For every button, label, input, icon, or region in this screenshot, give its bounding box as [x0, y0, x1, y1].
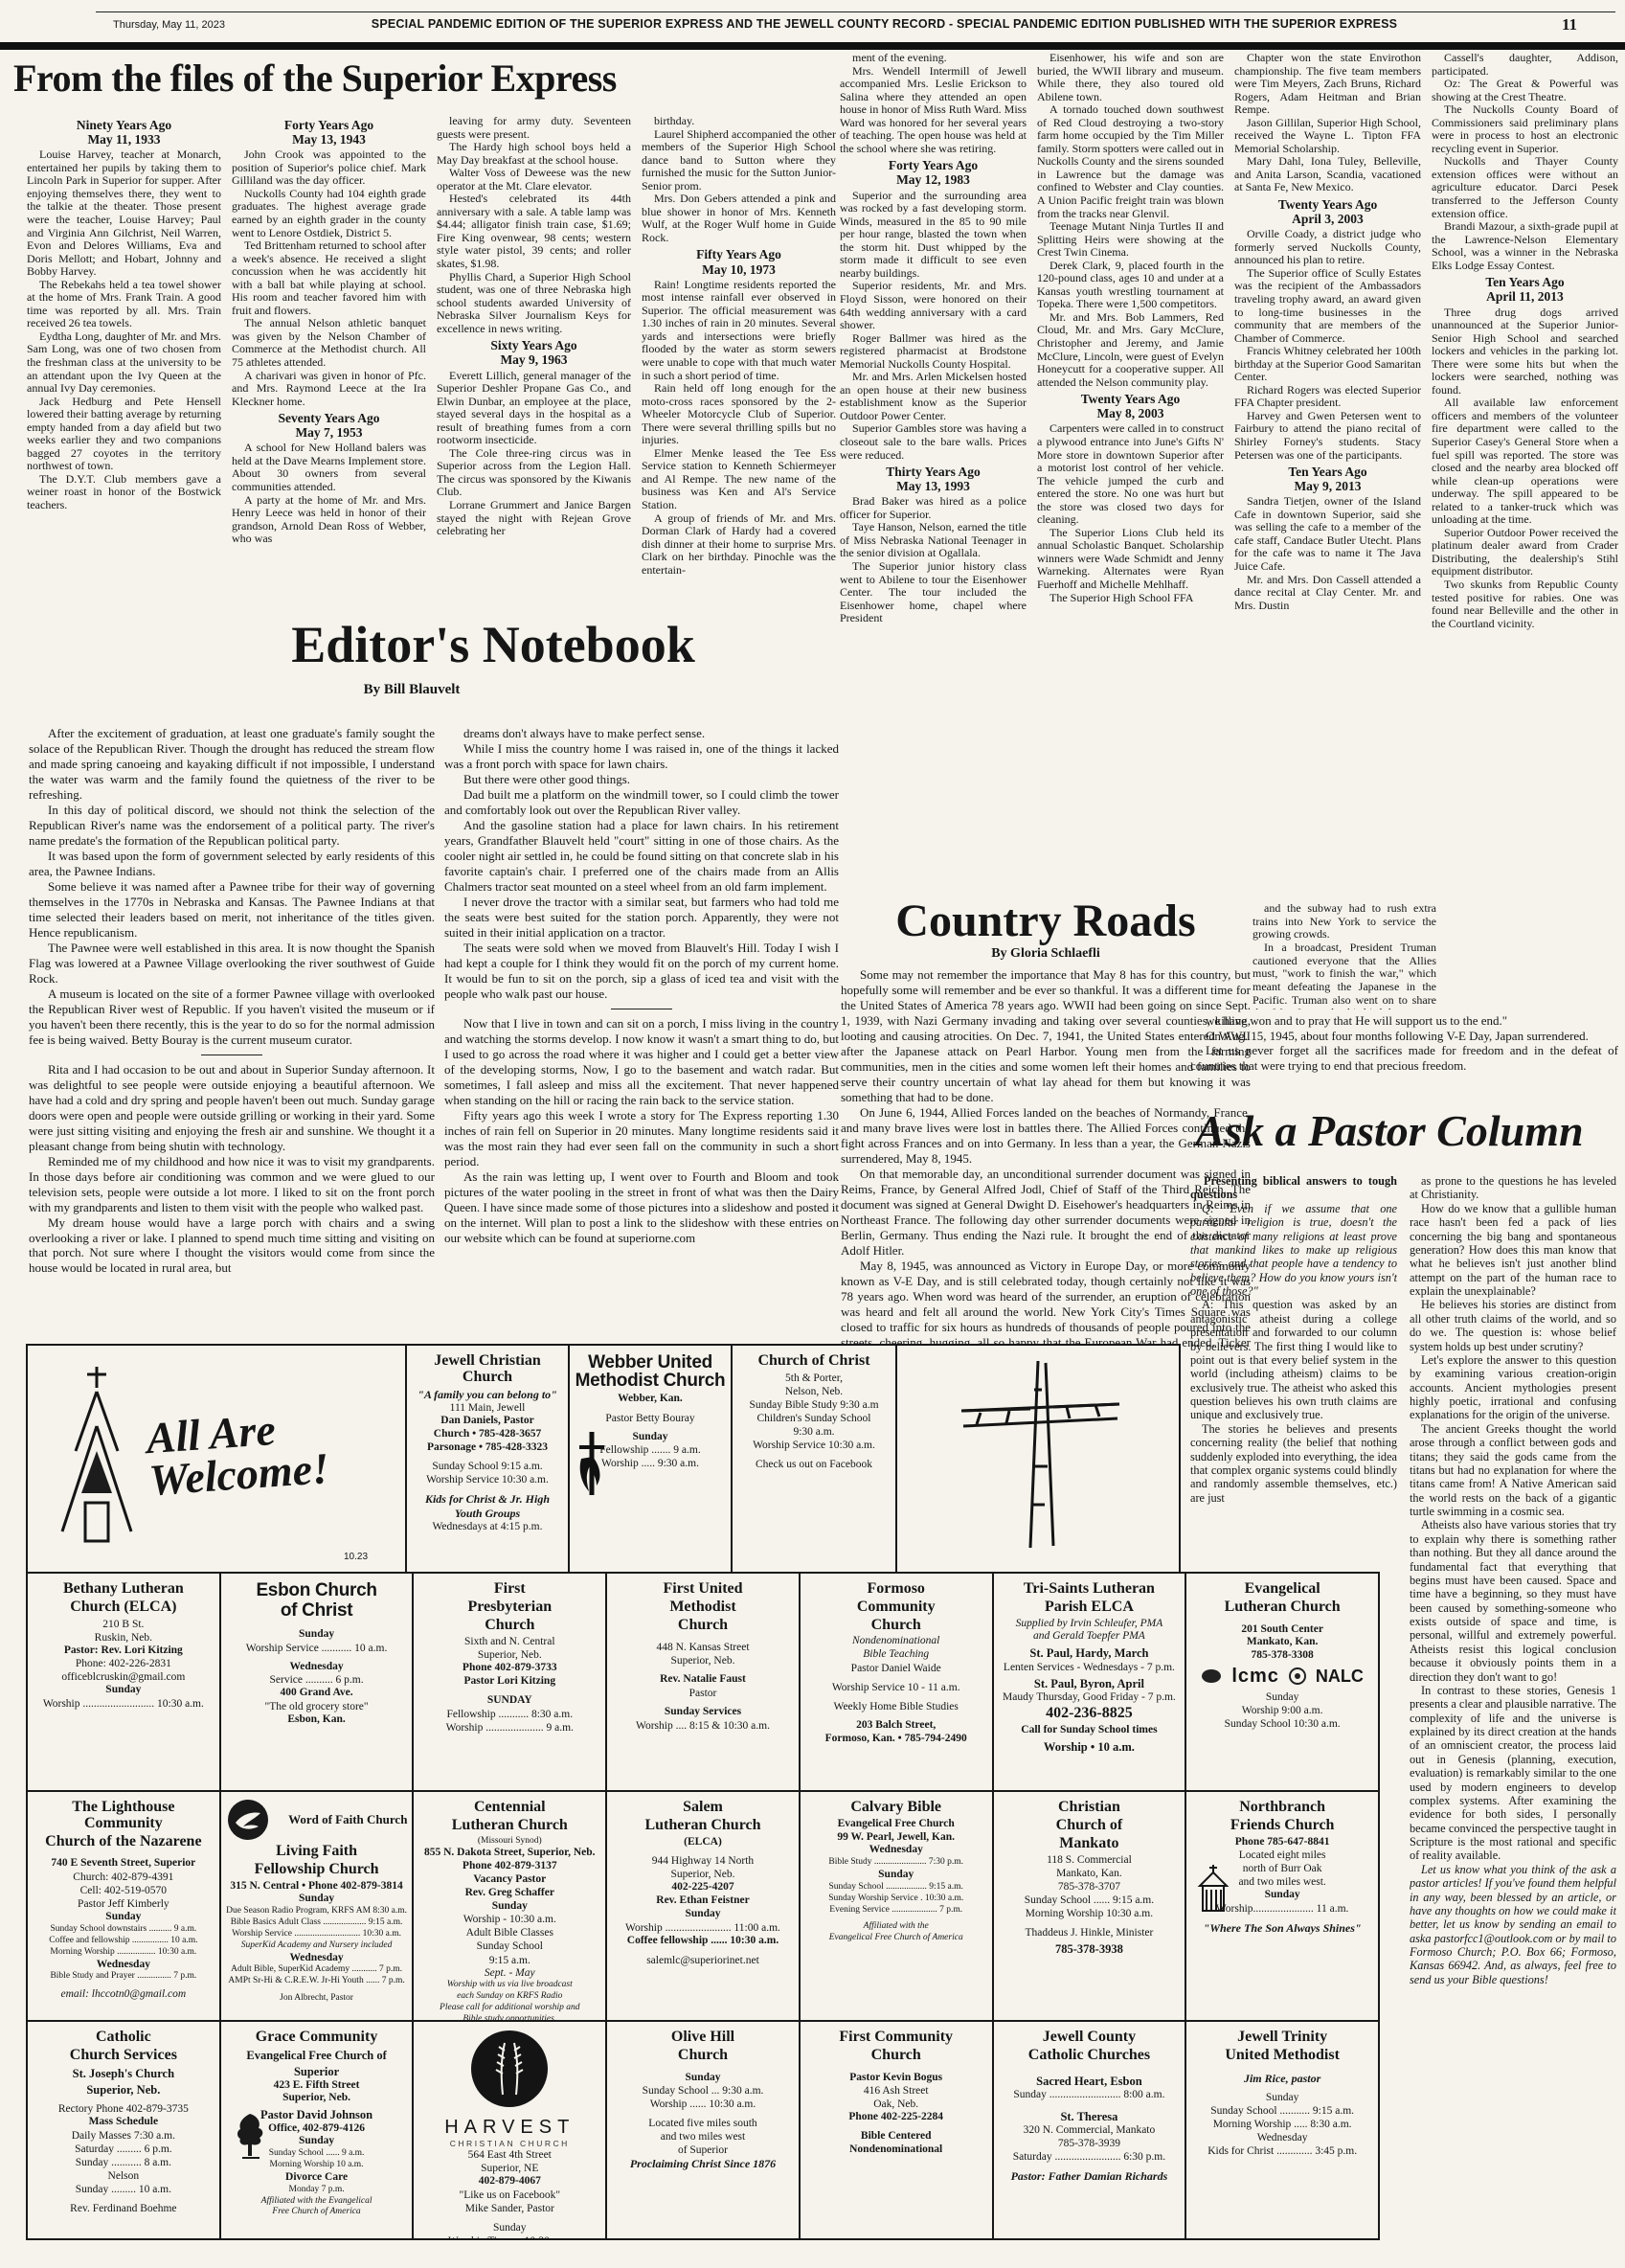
page-header: Thursday, May 11, 2023 SPECIAL PANDEMIC …	[0, 15, 1625, 40]
paragraph: A museum is located on the site of a for…	[29, 987, 435, 1048]
ad-line: 201 South Center	[1191, 1623, 1373, 1637]
ad-line: 315 N. Central • Phone 402-879-3814	[226, 1880, 408, 1894]
ad-line: Morning Worship 10:30 a.m.	[999, 1907, 1181, 1920]
ad-line: Phone: 402-226-2831	[33, 1657, 214, 1670]
ad-headline: Evangelical	[1191, 1581, 1373, 1598]
ad-line: (Missouri Synod)	[418, 1836, 600, 1848]
ad-line: Monday 7 p.m.	[226, 2185, 408, 2196]
paragraph: Ted Brittenham returned to school after …	[232, 239, 426, 317]
paragraph: Rain held off long enough for the moto-c…	[642, 382, 836, 447]
ad-headline: Northbranch	[1191, 1800, 1373, 1816]
ad-line: AMPt Sr-Hi & C.R.E.W. Jr-Hi Youth ......…	[226, 1976, 408, 1987]
ad-headline: Salem	[612, 1800, 794, 1816]
ad-line: 320 N. Commercial, Mankato	[999, 2123, 1181, 2137]
ad-harvest-christian: HARVEST CHRISTIAN CHURCH 564 East 4th St…	[412, 2020, 607, 2240]
ad-line: Sunday	[805, 1869, 987, 1882]
ad-line: Worship • 10 a.m.	[999, 1740, 1181, 1754]
ad-line: Pastor: Father Damian Richards	[999, 2169, 1181, 2183]
ad-headline: Presbyterian	[418, 1599, 600, 1616]
paragraph: Fifty years ago this week I wrote a stor…	[444, 1108, 839, 1169]
ad-headline: Webber United Methodist Church	[575, 1353, 726, 1391]
ad-line: Bible Study and Prayer ............... 7…	[33, 1971, 214, 1983]
ad-line: Coffee and fellowship ................ 1…	[33, 1936, 214, 1947]
column-heading: Sixty Years Ago	[437, 335, 631, 352]
paragraph: Three drug dogs arrived unannounced at t…	[1432, 306, 1618, 397]
paragraph: Derek Clark, 9, placed fourth in the 120…	[1037, 260, 1224, 311]
ad-line: Located five miles south	[612, 2117, 794, 2130]
ad-line: Sunday	[1191, 1690, 1373, 1704]
country-roads-continuation: and the subway had to rush extra trains …	[1253, 902, 1436, 1009]
ad-line: Free Church of America	[226, 2207, 408, 2218]
ad-headline: Church	[612, 1618, 794, 1634]
ad-headline: Catholic Churches	[999, 2048, 1181, 2064]
ad-evangelical-lutheran: EvangelicalLutheran Church201 South Cent…	[1185, 1572, 1380, 1792]
paragraph: John Crook was appointed to the position…	[232, 148, 426, 188]
news-column: Chapter won the state Envirothon champio…	[1234, 52, 1421, 612]
paragraph: The annual Nelson athletic banquet was g…	[232, 317, 426, 369]
country-roads-continuation-wide: we have won and to pray that He will sup…	[1190, 1013, 1618, 1105]
paragraph: And the gasoline station had a place for…	[444, 818, 839, 895]
editors-notebook-headline: Editor's Notebook	[144, 619, 843, 670]
ad-line: Worship ........................ 11:00 a…	[612, 1921, 794, 1935]
paragraph: The Cole three-ring circus was in Superi…	[437, 447, 631, 499]
ad-text: EvangelicalLutheran Church201 South Cent…	[1191, 1581, 1373, 1663]
ad-line: Sunday	[612, 1908, 794, 1921]
church-ads-row1: All Are Welcome! 10.23 Jewell Christian …	[27, 1345, 1180, 1573]
ad-line: Vacancy Pastor	[418, 1873, 600, 1887]
paragraph: The Pawnee were well established in this…	[29, 941, 435, 987]
tree-icon	[229, 2110, 271, 2160]
ad-headline: Church	[418, 1618, 600, 1634]
ad-headline: Methodist	[612, 1599, 794, 1616]
ad-line: Worship - 10:30 a.m.	[418, 1913, 600, 1926]
ad-first-united-methodist: First UnitedMethodistChurch448 N. Kansas…	[605, 1572, 801, 1792]
column-date-heading: May 11, 1933	[27, 132, 221, 148]
paragraph: Hested's celebrated its 44th anniversary…	[437, 193, 631, 270]
files-section-headline: From the files of the Superior Express	[13, 56, 684, 101]
paragraph: Cassell's daughter, Addison, participate…	[1432, 52, 1618, 78]
ad-line: Lenten Services - Wednesdays - 7 p.m.	[999, 1661, 1181, 1674]
ad-line: Worship Time ... 10:30 a.m.	[418, 2234, 600, 2240]
ad-line: Sept. - May	[418, 1967, 600, 1981]
paragraph: As the rain was letting up, I went over …	[444, 1169, 839, 1246]
ad-line: Nondenominational	[805, 2143, 987, 2157]
ad-line: Mankato, Kan.	[999, 1867, 1181, 1880]
ad-line: Sunday Services	[612, 1706, 794, 1719]
ad-lighthouse-nazarene: The Lighthouse CommunityChurch of the Na…	[26, 1790, 221, 2022]
cross-and-flame-icon	[576, 1430, 608, 1497]
ad-headline: Parish ELCA	[999, 1599, 1181, 1616]
paragraph: The Superior junior history class went t…	[840, 560, 1027, 625]
ad-line: Worship Service 10:30 a.m.	[737, 1439, 891, 1452]
header-thick-rule	[0, 42, 1625, 50]
ask-a-pastor-headline: Ask a Pastor Column	[1154, 1109, 1625, 1153]
paragraph: Oz: The Great & Powerful was showing at …	[1432, 78, 1618, 103]
news-column: Ninety Years AgoMay 11, 1933Louise Harve…	[27, 115, 221, 512]
ad-headline: Lutheran Church	[418, 1818, 600, 1834]
ad-headline: Tri-Saints Lutheran	[999, 1581, 1181, 1598]
paragraph: He believes his stories are distinct fro…	[1410, 1298, 1616, 1353]
ad-line: Jim Rice, pastor	[1191, 2072, 1373, 2085]
ad-headline: Lutheran Church	[612, 1818, 794, 1834]
ad-tri-saints-lutheran: Tri-Saints LutheranParish ELCASupplied b…	[992, 1572, 1187, 1792]
ad-line: Evangelical Free Church of	[226, 2049, 408, 2062]
ad-line: and two miles west	[612, 2130, 794, 2143]
ad-line: Worship Service 10:30 a.m.	[412, 1473, 563, 1486]
church-steeple-icon	[39, 1359, 154, 1555]
ad-line: Sunday Worship Service . 10:30 a.m.	[805, 1894, 987, 1905]
column-date-heading: April 3, 2003	[1234, 212, 1421, 228]
ad-headline: Church of the Nazarene	[33, 1834, 214, 1850]
ad-calvary-bible: Calvary BibleEvangelical Free Church99 W…	[799, 1790, 994, 2022]
column-date-heading: May 13, 1993	[840, 479, 1027, 495]
ad-catholic-church-services: CatholicChurch ServicesSt. Joseph's Chur…	[26, 2020, 221, 2240]
ad-line: 785-378-3938	[999, 1942, 1181, 1956]
paragraph: May 8, 1945, was announced as Victory in…	[841, 1259, 1251, 1349]
paragraph: Jason Gillilan, Superior High School, re…	[1234, 117, 1421, 156]
nalc-logo-text: NALC	[1316, 1667, 1364, 1687]
ad-line: Affiliated with the Evangelical	[226, 2196, 408, 2208]
ad-line: Morning Worship ................. 10:30 …	[33, 1947, 214, 1959]
ad-line: Affiliated with the	[805, 1921, 987, 1933]
ad-headline: First Community	[805, 2030, 987, 2046]
paragraph: A tornado touched down southwest of Red …	[1037, 103, 1224, 220]
wheat-circle-icon	[468, 2028, 551, 2110]
paragraph: leaving for army duty. Seventeen guests …	[437, 115, 631, 141]
paragraph: The Nuckolls County Board of Commissione…	[1432, 103, 1618, 155]
ad-grace-community: Grace CommunityEvangelical Free Church o…	[219, 2020, 415, 2240]
ad-line: Please call for additional worship and	[418, 2003, 600, 2014]
ad-line: Wednesdays at 4:15 p.m.	[412, 1520, 563, 1533]
ad-northbranch-friends: NorthbranchFriends ChurchPhone 785-647-8…	[1185, 1790, 1380, 2022]
ad-headline: First	[418, 1581, 600, 1598]
ad-headline: Catholic	[33, 2030, 214, 2046]
ad-formoso-community: FormosoCommunityChurchNondenominationalB…	[799, 1572, 994, 1792]
paragraph: The Superior office of Scully Estates wa…	[1234, 267, 1421, 345]
paragraph: A charivari was given in honor of Pfc. a…	[232, 370, 426, 409]
ad-line: Check us out on Facebook	[737, 1458, 891, 1471]
paragraph: Chapter won the state Envirothon champio…	[1234, 52, 1421, 117]
ad-line: Wednesday	[33, 1959, 214, 1972]
ad-church-of-christ: Church of Christ5th & Porter,Nelson, Neb…	[731, 1344, 897, 1574]
ad-line: Rev. Greg Schaffer	[418, 1887, 600, 1900]
ad-line: "The old grocery store"	[226, 1700, 408, 1713]
denomination-logos: lcmc NALC	[1191, 1666, 1373, 1688]
column-date-heading: May 9, 2013	[1234, 479, 1421, 495]
ad-headline: Centennial	[418, 1800, 600, 1816]
news-column: birthday.Laurel Shipherd accompanied the…	[642, 115, 836, 577]
ad-jewell-christian-church: Jewell Christian Church"A family you can…	[405, 1344, 570, 1574]
paragraph: The seats were sold when we moved from B…	[444, 941, 839, 1002]
paragraph: Eisenhower, his wife and son are buried,…	[1037, 52, 1224, 103]
ad-line: Saturday ........................ 6:30 p…	[999, 2150, 1181, 2164]
ad-headline: Grace Community	[226, 2030, 408, 2046]
ad-line: Coffee fellowship ...... 10:30 a.m.	[612, 1935, 794, 1948]
ad-headline: of Christ	[226, 1601, 408, 1620]
church-ads-grid: Bethany LutheranChurch (ELCA)210 B St.Ru…	[27, 1573, 1379, 2239]
paragraph: Everett Lillich, general manager of the …	[437, 370, 631, 447]
ad-line: Phone 785-647-8841	[1191, 1836, 1373, 1849]
lcmc-logo-text: lcmc	[1231, 1666, 1279, 1688]
ad-line: Divorce Care	[226, 2171, 408, 2185]
ad-line: Worship .......................... 10:30…	[33, 1697, 214, 1711]
column-heading: Twenty Years Ago	[1037, 389, 1224, 406]
paragraph: Superior Outdoor Power received the plat…	[1432, 527, 1618, 578]
paragraph: Superior residents, Mr. and Mrs. Floyd S…	[840, 280, 1027, 331]
rugged-cross-icon	[923, 1351, 1153, 1557]
column-heading: Ten Years Ago	[1432, 272, 1618, 289]
ad-line: Sunday	[612, 2072, 794, 2085]
ad-line: Bible Basics Adult Class ...............…	[226, 1917, 408, 1929]
ad-line: St. Theresa	[999, 2110, 1181, 2123]
ad-line: Bible Centered	[805, 2130, 987, 2143]
ad-first-community: First CommunityChurchPastor Kevin Bogus4…	[799, 2020, 994, 2240]
ad-line: Mike Sander, Pastor	[418, 2202, 600, 2215]
ad-code: 10.23	[344, 1552, 368, 1562]
paragraph: Superior Gambles store was having a clos…	[840, 422, 1027, 462]
paragraph: The Rebekahs held a tea towel shower at …	[27, 279, 221, 330]
paragraph: The Superior High School FFA	[1037, 592, 1224, 605]
ad-line: Rev. Ferdinand Boehme	[33, 2202, 214, 2215]
paragraph: Mr. and Mrs. Arlen Mickelsen hosted an o…	[840, 371, 1027, 422]
ad-line: Church • 785-428-3657	[412, 1428, 563, 1441]
ad-headline: Lutheran Church	[1191, 1599, 1373, 1616]
ad-line: 5th & Porter,	[737, 1372, 891, 1385]
paragraph: Phyllis Chard, a Superior High School st…	[437, 271, 631, 336]
ask-a-pastor-column: as prone to the questions he has leveled…	[1410, 1174, 1616, 2257]
paragraph: While I miss the country home I was rais…	[444, 741, 839, 772]
ad-webber-united-methodist: Webber United Methodist ChurchWebber, Ka…	[568, 1344, 733, 1574]
news-column: Eisenhower, his wife and son are buried,…	[1037, 52, 1224, 604]
ad-line: email: lhccotn0@gmail.com	[33, 1988, 214, 2002]
ad-line: Morning Worship 10 a.m.	[226, 2160, 408, 2171]
ad-headline: Jewell County	[999, 2030, 1181, 2046]
ad-olive-hill: Olive HillChurchSundaySunday School ... …	[605, 2020, 801, 2240]
paragraph: Walter Voss of Deweese was the new opera…	[437, 167, 631, 193]
paragraph: Let's explore the answer to this questio…	[1410, 1353, 1616, 1422]
paragraph: Nuckolls County had 104 eighth grade gra…	[232, 188, 426, 239]
ad-line: Evangelical Free Church	[805, 1818, 987, 1831]
ad-line: Wednesday	[226, 1952, 408, 1965]
ad-line: Saturday ......... 6 p.m.	[33, 2143, 214, 2156]
ad-living-faith-fellowship: Word of Faith Church Living FaithFellows…	[219, 1790, 415, 2022]
paragraph: Dad built me a platform on the windmill …	[444, 787, 839, 818]
ad-line: Sunday School 9:15 a.m.	[412, 1460, 563, 1473]
ad-line: Bible Teaching	[805, 1648, 987, 1662]
ad-line: Worship Service 10 - 11 a.m.	[805, 1681, 987, 1694]
paragraph: Brandi Mazour, a sixth-grade pupil at th…	[1432, 220, 1618, 272]
ad-line	[999, 2101, 1181, 2107]
paragraph: The Hardy high school boys held a May Da…	[437, 141, 631, 167]
ad-line: "Like us on Facebook"	[418, 2189, 600, 2202]
paragraph: It was based upon the form of government…	[29, 849, 435, 879]
ad-headline: Formoso	[805, 1581, 987, 1598]
paragraph: Mr. and Mrs. Bob Lammers, Red Cloud, Mr.…	[1037, 311, 1224, 389]
ad-line: Sunday	[418, 1900, 600, 1914]
ad-line: 785-378-3707	[999, 1880, 1181, 1894]
ad-line: Sacred Heart, Esbon	[999, 2075, 1181, 2088]
ad-headline: Church	[612, 2048, 794, 2064]
paragraph: After the excitement of graduation, at l…	[29, 726, 435, 803]
ad-line: 416 Ash Street	[805, 2084, 987, 2098]
ad-first-presbyterian: FirstPresbyterianChurchSixth and N. Cent…	[412, 1572, 607, 1792]
paragraph: dreams don't always have to make perfect…	[444, 726, 839, 741]
ad-line: Sunday School downstairs .......... 9 a.…	[33, 1924, 214, 1936]
ad-line: Esbon, Kan.	[226, 1713, 408, 1727]
paragraph: we have won and to pray that He will sup…	[1190, 1013, 1618, 1029]
ad-line: Sunday	[1191, 2091, 1373, 2104]
column-date-heading: May 8, 2003	[1037, 406, 1224, 422]
column-date-heading: April 11, 2013	[1432, 289, 1618, 306]
paragraph: Roger Ballmer was hired as the registere…	[840, 332, 1027, 372]
ad-line: Sixth and N. Central	[418, 1635, 600, 1648]
column-date-heading: May 13, 1943	[232, 132, 426, 148]
edition-banner: SPECIAL PANDEMIC EDITION OF THE SUPERIOR…	[259, 17, 1510, 31]
ad-line: Phone 402-879-3137	[418, 1860, 600, 1873]
lcmc-icon	[1201, 1668, 1222, 1684]
paragraph: Presenting biblical answers to tough que…	[1190, 1174, 1397, 1202]
ad-line: Pastor: Rev. Lori Kitzing	[33, 1644, 214, 1658]
column-heading: Seventy Years Ago	[232, 408, 426, 425]
ad-headline: Christian	[999, 1800, 1181, 1816]
editors-notebook-column: After the excitement of graduation, at l…	[29, 726, 435, 1349]
ad-line: Sunday Bible Study 9:30 a.m	[737, 1398, 891, 1412]
ad-line: 740 E Seventh Street, Superior	[33, 1857, 214, 1871]
ad-line: 400 Grand Ave.	[226, 1687, 408, 1700]
editors-notebook-byline: By Bill Blauvelt	[144, 682, 680, 698]
ad-line: St. Joseph's Church	[33, 2067, 214, 2080]
paragraph: Mrs. Don Gebers attended a pink and blue…	[642, 193, 836, 244]
paragraph: In this day of political discord, we sho…	[29, 803, 435, 849]
ad-headline: Fellowship Church	[226, 1862, 408, 1878]
ad-line: Phone 402-225-2284	[805, 2111, 987, 2124]
ad-line: Formoso, Kan. • 785-794-2490	[805, 1733, 987, 1746]
paragraph: Now that I live in town and can sit on a…	[444, 1016, 839, 1108]
ad-line: Daily Masses 7:30 a.m.	[33, 2129, 214, 2143]
paragraph: The Superior Lions Club held its annual …	[1037, 527, 1224, 592]
ad-line: Webber, Kan.	[575, 1393, 726, 1406]
ad-line: Pastor Daniel Waide	[805, 1662, 987, 1675]
ad-line: Pastor	[612, 1687, 794, 1700]
ad-line: 785-378-3939	[999, 2137, 1181, 2150]
ad-headline: Church of	[999, 1818, 1181, 1834]
paragraph: Elmer Menke leased the Tee Ess Service s…	[642, 447, 836, 512]
editors-notebook-column: dreams don't always have to make perfect…	[444, 726, 839, 1349]
word-of-faith-header: Word of Faith Church	[226, 1798, 408, 1842]
ad-line: Rectory Phone 402-879-3735	[33, 2102, 214, 2116]
ad-line: Pastor Betty Bouray	[575, 1412, 726, 1425]
paragraph: All available law enforcement officers a…	[1432, 397, 1618, 526]
ad-line: SuperKid Academy and Nursery included	[226, 1940, 408, 1952]
ad-line: Sunday School	[418, 1939, 600, 1953]
ad-line: Evening Service .................... 7 p…	[805, 1905, 987, 1916]
paragraph: Brad Baker was hired as a police officer…	[840, 495, 1027, 521]
ad-line: 402-225-4207	[612, 1881, 794, 1894]
ad-line: Cell: 402-519-0570	[33, 1884, 214, 1897]
paragraph: Mr. and Mrs. Don Cassell attended a danc…	[1234, 574, 1421, 613]
ad-line: 99 W. Pearl, Jewell, Kan.	[805, 1831, 987, 1845]
ad-line: Maudy Thursday, Good Friday - 7 p.m.	[999, 1690, 1181, 1704]
ad-headline: Olive Hill	[612, 2030, 794, 2046]
ad-line: Thaddeus J. Hinkle, Minister	[999, 1926, 1181, 1939]
ad-line: "A family you can belong to"	[412, 1388, 563, 1401]
ad-line: Superior, NE	[418, 2162, 600, 2175]
paragraph: Teenage Mutant Ninja Turtles II and Spli…	[1037, 220, 1224, 260]
ad-line: Worship Service ........................…	[226, 1929, 408, 1940]
paragraph: birthday.	[642, 115, 836, 128]
ad-headline: United Methodist	[1191, 2048, 1373, 2064]
ad-line: Sunday	[226, 1893, 408, 1906]
paragraph: Nuckolls and Thayer County extension off…	[1432, 155, 1618, 220]
ad-line: Worship ...... 10:30 a.m.	[612, 2098, 794, 2111]
paragraph: Let us never forget all the sacrifices m…	[1190, 1043, 1618, 1073]
column-heading: Thirty Years Ago	[840, 462, 1027, 479]
paragraph: Richard Rogers was elected Superior FFA …	[1234, 384, 1421, 410]
column-heading: Forty Years Ago	[840, 155, 1027, 172]
column-heading: Fifty Years Ago	[642, 244, 836, 261]
ad-line: Morning Worship ..... 8:30 a.m.	[1191, 2118, 1373, 2131]
ad-line: Ruskin, Neb.	[33, 1631, 214, 1644]
ad-line: Mass Schedule	[33, 2116, 214, 2129]
ad-line: Children's Sunday School	[737, 1412, 891, 1425]
ad-line: Wednesday	[1191, 2131, 1373, 2144]
ad-line: Superior	[226, 2065, 408, 2078]
paragraph: In a broadcast, President Truman caution…	[1253, 941, 1436, 1009]
harvest-logo-subtext: CHRISTIAN CHURCH	[418, 2139, 600, 2148]
ad-line: Sunday	[226, 1628, 408, 1642]
ad-line: "Where The Son Always Shines"	[1191, 1921, 1373, 1935]
ad-line: Wednesday	[805, 1844, 987, 1857]
ad-headline: Esbon Church	[226, 1581, 408, 1599]
news-column: Cassell's daughter, Addison, participate…	[1432, 52, 1618, 630]
paragraph: A: This question was asked by an antagon…	[1190, 1298, 1397, 1421]
ad-headline: Jewell Christian Church	[412, 1353, 563, 1386]
ad-line: Church: 402-879-4391	[33, 1871, 214, 1884]
paragraph: as prone to the questions he has leveled…	[1410, 1174, 1616, 1202]
country-roads-body: Some may not remember the importance tha…	[841, 967, 1251, 1349]
ad-line: of Superior	[612, 2143, 794, 2157]
ad-line: Nondenominational	[805, 1635, 987, 1648]
ad-salem-lutheran: SalemLutheran Church(ELCA)944 Highway 14…	[605, 1790, 801, 2022]
ad-jewell-county-catholic: Jewell CountyCatholic ChurchesSacred Hea…	[992, 2020, 1187, 2240]
paragraph: Reminded me of my childhood and how nice…	[29, 1154, 435, 1215]
ad-line: Pastor Jeff Kimberly	[33, 1897, 214, 1911]
column-date-heading: May 7, 1953	[232, 425, 426, 442]
ad-line: Worship with us via live broadcast	[418, 1980, 600, 1991]
church-building-icon	[1194, 1863, 1232, 1913]
paragraph: My dream house would have a large porch …	[29, 1215, 435, 1277]
ad-line: Nelson	[33, 2169, 214, 2183]
ad-text: 564 East 4th StreetSuperior, NE402-879-4…	[418, 2148, 600, 2240]
ad-line: 448 N. Kansas Street	[612, 1641, 794, 1654]
paragraph: Mary Dahl, Iona Tuley, Belleville, and A…	[1234, 155, 1421, 194]
ad-line: Sunday School 10:30 a.m.	[1191, 1717, 1373, 1731]
ad-line: 564 East 4th Street	[418, 2148, 600, 2162]
ad-line: Superior, Neb.	[33, 2083, 214, 2097]
ad-headline: Jewell Trinity	[1191, 2030, 1373, 2046]
ad-headline: First United	[612, 1581, 794, 1598]
ad-line: Dan Daniels, Pastor	[412, 1415, 563, 1428]
newspaper-page: Thursday, May 11, 2023 SPECIAL PANDEMIC …	[0, 0, 1625, 2268]
paragraph: In contrast to these stories, Genesis 1 …	[1410, 1684, 1616, 1863]
ad-line: Nelson, Neb.	[737, 1385, 891, 1398]
paragraph: Orville Coady, a district judge who form…	[1234, 228, 1421, 267]
column-date-heading: May 12, 1983	[840, 172, 1027, 189]
ask-a-pastor-column: Presenting biblical answers to tough que…	[1190, 1174, 1397, 1571]
paragraph: Jack Hedburg and Pete Hensell lowered th…	[27, 396, 221, 473]
paragraph: A party at the home of Mr. and Mrs. Henr…	[232, 494, 426, 546]
ad-line: Sunday School ... 9:30 a.m.	[612, 2084, 794, 2098]
